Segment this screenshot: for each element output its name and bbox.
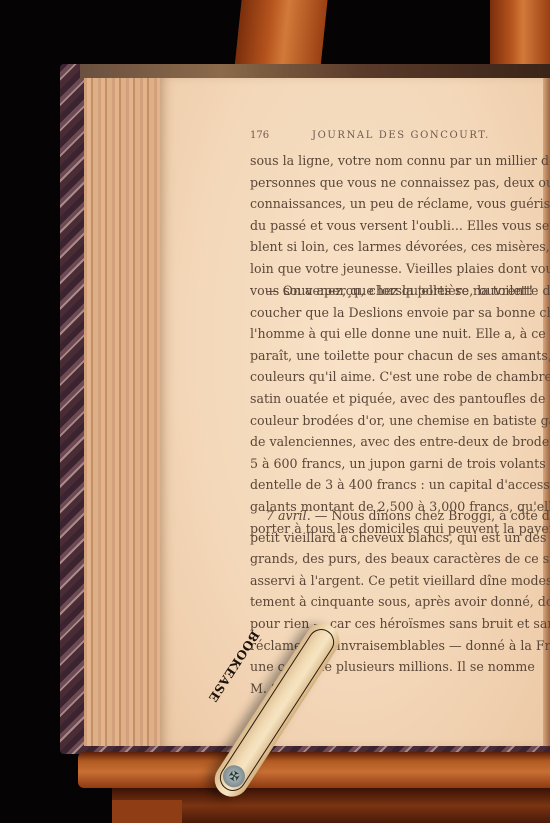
text-line: petit vieillard à cheveux blancs, qui es…: [250, 527, 528, 549]
text-line: coucher que la Deslions envoie par sa bo…: [250, 302, 528, 324]
book-stand-post-right: [490, 0, 550, 68]
text-line: de valenciennes, avec des entre-deux de …: [250, 431, 528, 453]
book-stand-ledge: [78, 752, 550, 788]
paragraph-1: sous la ligne, votre nom connu par un mi…: [250, 150, 528, 301]
book-stand-post-left: [234, 0, 327, 68]
text-line: personnes que vous ne connaissez pas, de…: [250, 172, 528, 194]
text-line: couleurs qu'il aime. C'est une robe de c…: [250, 366, 528, 388]
page-number: 176: [250, 130, 312, 141]
text-line: asservi à l'argent. Ce petit vieillard d…: [250, 570, 528, 592]
text-line: réclame sont invraisemblables — donné à …: [250, 635, 528, 657]
text-line: loin que votre jeunesse. Vieilles plaies…: [250, 258, 528, 280]
text-line: paraît, une toilette pour chacun de ses …: [250, 345, 528, 367]
page-stack-left: [84, 78, 164, 746]
text-line: tement à cinquante sous, après avoir don…: [250, 591, 528, 613]
running-head: 176JOURNAL DES GONCOURT.: [250, 130, 530, 141]
text-line: pour rien — car ces héroïsmes sans bruit…: [250, 613, 528, 635]
text-line: satin ouatée et piquée, avec des pantouf…: [250, 388, 528, 410]
text-line: 5 à 600 francs, un jupon garni de trois …: [250, 453, 528, 475]
text-line: sous la ligne, votre nom connu par un mi…: [250, 150, 528, 172]
running-head-title: JOURNAL DES GONCOURT.: [312, 130, 490, 141]
text-line: blent si loin, ces larmes dévorées, ces …: [250, 236, 528, 258]
book-stand-leg: [112, 800, 182, 823]
text-line: couleur brodées d'or, une chemise en bat…: [250, 410, 528, 432]
entry-date: 7 avril.: [266, 508, 311, 523]
text-line: dentelle de 3 à 400 francs : un capital …: [250, 474, 528, 496]
text-line: du passé et vous versent l'oubli... Elle…: [250, 215, 528, 237]
paragraph-2: — On a aperçu, chez la portière, la toil…: [250, 280, 528, 539]
text-line: grands, des purs, des beaux caractères d…: [250, 548, 528, 570]
text-line: — On a aperçu, chez la portière, la toil…: [250, 280, 528, 302]
text-line: 7 avril. — Nous dînons chez Broggi, à cô…: [250, 505, 528, 527]
text-line: l'homme à qui elle donne une nuit. Elle …: [250, 323, 528, 345]
text-line: connaissances, un peu de réclame, vous g…: [250, 193, 528, 215]
